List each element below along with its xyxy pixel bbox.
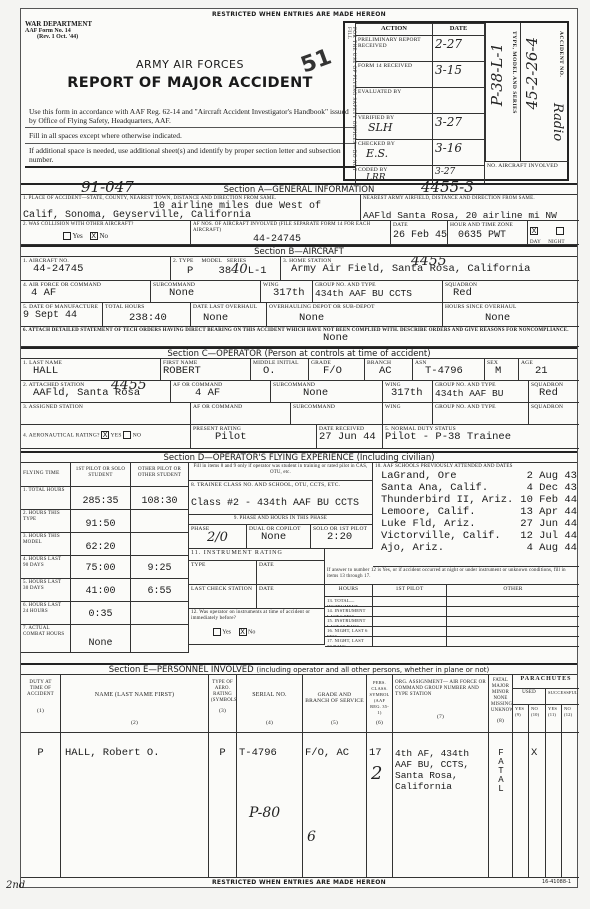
trainee-class-field: 8. Trainee Class No. and School, OTU, CC… (189, 481, 373, 515)
last-check-field: Last Check Station (189, 585, 257, 609)
group-field: Group No. and Type 434th AAF BU CCTS (313, 281, 443, 303)
col-action: ACTION (356, 24, 433, 36)
air-force-field: 4. Air Force or Command 4 AF (21, 281, 151, 303)
school-item: Ajo, Ariz.4 Aug 44 (381, 542, 577, 554)
phase-field: Phase 2/0 (189, 525, 247, 549)
school-item: Luke Fld, Ariz.27 Jun 44 (381, 518, 577, 530)
action-row: Checked byE.S. 3-16 (356, 140, 485, 166)
restricted-banner-bottom: RESTRICTED WHEN ENTRIES ARE MADE HEREON (21, 879, 577, 886)
last-check-date-field: Date (257, 585, 325, 609)
squadron-field: Squadron Red (443, 281, 579, 303)
attached-group-field: Group No. and Type 434th AAF BU (433, 381, 529, 403)
night-note: If answer to number 12 is Yes, or if acc… (325, 567, 579, 585)
date-field: Date 26 Feb 45 (391, 221, 448, 245)
aircraft-number-field: 1. Aircraft No. 44-24745 (21, 257, 171, 281)
day-checkbox[interactable]: X (530, 227, 538, 235)
instruments-no-checkbox[interactable]: X (239, 628, 247, 636)
middle-initial-field: Middle Initial O. (251, 359, 309, 381)
sex-field: Sex M (485, 359, 519, 381)
collision-field: 2. Was Collision With Other Aircraft? Ye… (21, 221, 191, 245)
phase-header: 9. Phase and Hours in This Phase (189, 515, 373, 525)
action-table: ACTION DATE Preliminary Report Received … (355, 23, 485, 186)
accident-number-field: ACCIDENT No. 45-2-26-4 Radio (521, 23, 567, 161)
flying-time-row: 6. Hours Last 24 Hours 0:35 (21, 602, 189, 625)
flying-time-rows: 1. Total Hours 285:35 108:30 2. Hours Th… (21, 487, 189, 653)
dual-copilot-field: Dual or Copilot None (247, 525, 311, 549)
school-item: LaGrand, Ore2 Aug 43 (381, 470, 577, 482)
asn-field: ASN T-4796 (413, 359, 485, 381)
instr-date-field: Date (257, 561, 325, 585)
section-a: Section A—GENERAL INFORMATION 91-047 445… (21, 183, 577, 245)
last-overhaul-field: Date Last Overhaul None (191, 303, 267, 327)
type-model-field: TYPE, MODEL AND SERIES P-38-L-1 (485, 23, 521, 161)
instruction-3: If additional space is needed, use addit… (25, 144, 355, 168)
col-parachutes: PARACHUTES (513, 675, 579, 689)
assigned-af-field: AF or Command (191, 403, 291, 425)
col-other-pilot: Other Pilot or Other Student (131, 463, 189, 487)
attached-squadron-field: Squadron Red (529, 381, 579, 403)
aero-rating-field: 4. Aeronautical Rating? X Yes No (21, 425, 191, 449)
col-injury: Fatal Major Minor None Missing Unknown(8… (489, 675, 513, 733)
branch-field: Branch AC (365, 359, 413, 381)
flying-time-row: 1. Total Hours 285:35 108:30 (21, 487, 189, 510)
assigned-station-field: 3. Assigned Station (21, 403, 191, 425)
hour-field: Hour and Time Zone 0635 PWT (448, 221, 528, 245)
type-model-series-field: 2. Type Model Series P 3840L-1 (171, 257, 281, 281)
action-row: Form 14 Received 3-15 (356, 62, 485, 88)
nearest-field: Nearest Army Airfield, Distance and Dire… (361, 195, 579, 221)
instrument-row: 14. Instrument Last 6 Mos. (325, 607, 579, 617)
first-name-field: First Name ROBERT (161, 359, 251, 381)
student-note: Fill in items 8 and 9 only if operator w… (189, 463, 373, 481)
night-checkbox[interactable] (556, 227, 564, 235)
section-b: Section B—AIRCRAFT 1. Aircraft No. 44-24… (21, 245, 577, 345)
instrument-row: 16. Night, Last 6 Mos. (325, 627, 579, 637)
action-row: Preliminary Report Received 2-27 (356, 36, 485, 62)
action-row: Verified bySLH 3-27 (356, 114, 485, 140)
attached-station-field: 2. Attached Station AAFld, Santa Rosa 44… (21, 381, 171, 403)
section-c-title: Section C—OPERATOR (Person at controls a… (21, 347, 577, 359)
place-field: 1. Place of Accident—State, County, Near… (21, 195, 361, 221)
form-revision: (Rev. 1 Oct. '44) (25, 34, 355, 40)
assigned-squadron-field: Squadron (529, 403, 579, 425)
school-item: Lemoore, Calif.13 Apr 44 (381, 506, 577, 518)
section-b-title: Section B—AIRCRAFT (21, 245, 577, 257)
col-duty: Duty at Time of Accident(1) (21, 675, 61, 733)
school-item: Victorville, Calif.12 Jul 44 (381, 530, 577, 542)
hours-since-overhaul-field: Hours Since Overhaul None (443, 303, 579, 327)
present-rating-field: Present Rating Pilot (191, 425, 317, 449)
assigned-group-field: Group No. and Type (433, 403, 529, 425)
department-label: WAR DEPARTMENT (25, 21, 355, 28)
aircraft-involved-field: No. Aircraft Involved (485, 161, 569, 179)
instrument-row: 17. Night, Last 30 Days (325, 637, 579, 647)
instrument-row: 13. Total—Instrument (325, 597, 579, 607)
instruction-1: Use this form in accordance with AAF Reg… (25, 107, 355, 128)
attached-wing-field: Wing 317th (383, 381, 433, 403)
collision-no-checkbox[interactable]: X (90, 232, 98, 240)
af-numbers-field: AF Nos. of Aircraft Involved (File separ… (191, 221, 391, 245)
instr-type-field: Type (189, 561, 257, 585)
total-hours-field: Total Hours 238:40 (103, 303, 191, 327)
form-code: 16-41088-1 (542, 879, 571, 885)
section-c: Section C—OPERATOR (Person at controls a… (21, 347, 577, 451)
instruction-2: Fill in all spaces except where otherwis… (25, 128, 355, 144)
grade-field: Grade F/O (309, 359, 365, 381)
reference-number: 4455-3 (421, 178, 474, 196)
assigned-wing-field: Wing (383, 403, 433, 425)
schools-field: 10. AAF Schools Previously Attended and … (373, 463, 579, 567)
attached-subcommand-field: Subcommand None (271, 381, 383, 403)
margin-note: 2nd (6, 880, 25, 891)
col-date: DATE (433, 24, 485, 36)
col-first-pilot: 1st Pilot or Solo Student (71, 463, 131, 487)
collision-yes-checkbox[interactable] (63, 232, 71, 240)
last-name-field: 1. Last Name HALL (21, 359, 161, 381)
restricted-banner-top: RESTRICTED WHEN ENTRIES ARE MADE HEREON (21, 11, 577, 18)
tech-orders-field: 6. Attach detailed statement of tech ord… (21, 327, 579, 347)
col-grade: Grade and Branch of Service(5) (303, 675, 367, 733)
on-instruments-field: 12. Was operator on instruments at time … (189, 609, 325, 645)
col-flying-time: Flying Time (21, 463, 71, 487)
col-rating: Type of Aero. Rating (Symbols)(3) (209, 675, 237, 733)
section-d-title: Section D—OPERATOR'S FLYING EXPERIENCE (… (21, 451, 577, 463)
col-name: NAME (Last Name First)(2) (61, 675, 209, 733)
assigned-subcommand-field: Subcommand (291, 403, 383, 425)
home-station-field: 3. Home Station Army Air Field, Santa Ro… (281, 257, 579, 281)
manufacture-date-field: 5. Date of Manufacture 9 Sept 44 (21, 303, 103, 327)
flying-time-row: 7. Actual Combat Hours None (21, 625, 189, 653)
instrument-hours-rows: 13. Total—Instrument 14. Instrument Last… (325, 597, 579, 647)
overhaul-depot-field: Overhauling Depot or Sub-Depot None (267, 303, 443, 327)
personnel-row: P HALL, Robert O. P T-4796 P-80 F/O, AC … (21, 733, 577, 878)
school-list: LaGrand, Ore2 Aug 43 Santa Ana, Calif.4 … (375, 470, 577, 554)
section-d: Section D—OPERATOR'S FLYING EXPERIENCE (… (21, 451, 577, 663)
instrument-row: 15. Instrument Last 30 Days (325, 617, 579, 627)
col-assignment: Org. Assignment— Air Force or Command Gr… (393, 675, 489, 733)
solo-field: Solo or 1st Pilot 2:20 (311, 525, 373, 549)
flying-time-row: 5. Hours Last 30 Days 41:00 6:55 (21, 579, 189, 602)
section-e-title: Section E—PERSONNEL INVOLVED (including … (21, 663, 577, 675)
section-e: Section E—PERSONNEL INVOLVED (including … (21, 663, 577, 878)
action-row: Evaluated by (356, 88, 485, 114)
office-use-box: FOR THE USE OF FLYING SAFETY OFFICES—DO … (343, 21, 569, 181)
col-serial: SERIAL No.(4) (237, 675, 303, 733)
date-received-field: Date Received 27 Jun 44 (317, 425, 383, 449)
file-number: 91-047 (81, 178, 134, 196)
col-pers-class: Pers. Class. Symbol (AAF Reg. 35-1)(6) (367, 675, 393, 733)
flying-time-row: 4. Hours Last 90 Days 75:00 9:25 (21, 556, 189, 579)
instruments-yes-checkbox[interactable] (213, 628, 221, 636)
rating-yes-checkbox[interactable]: X (101, 431, 109, 439)
subcommand-field: Subcommand None (151, 281, 261, 303)
flying-time-row: 3. Hours This Model 62:20 (21, 533, 189, 556)
wing-field: Wing 317th (261, 281, 313, 303)
duty-status-field: 5. Normal Duty Status Pilot - P-38 Train… (383, 425, 579, 449)
attached-af-field: AF or Command 4 AF (171, 381, 271, 403)
day-night-field: X Day Night (528, 221, 579, 245)
form-header: WAR DEPARTMENT AAF Form No. 14 (Rev. 1 O… (25, 21, 355, 168)
school-item: Thunderbird II, Ariz.10 Feb 44 (381, 494, 577, 506)
flying-time-row: 2. Hours This Type 91:50 (21, 510, 189, 533)
rating-no-checkbox[interactable] (123, 431, 131, 439)
age-field: Age 21 (519, 359, 579, 381)
school-item: Santa Ana, Calif.4 Dec 43 (381, 482, 577, 494)
instrument-rating-header: 11. Instrument Rating (189, 549, 325, 561)
accident-report-form: RESTRICTED WHEN ENTRIES ARE MADE HEREON … (20, 8, 578, 888)
